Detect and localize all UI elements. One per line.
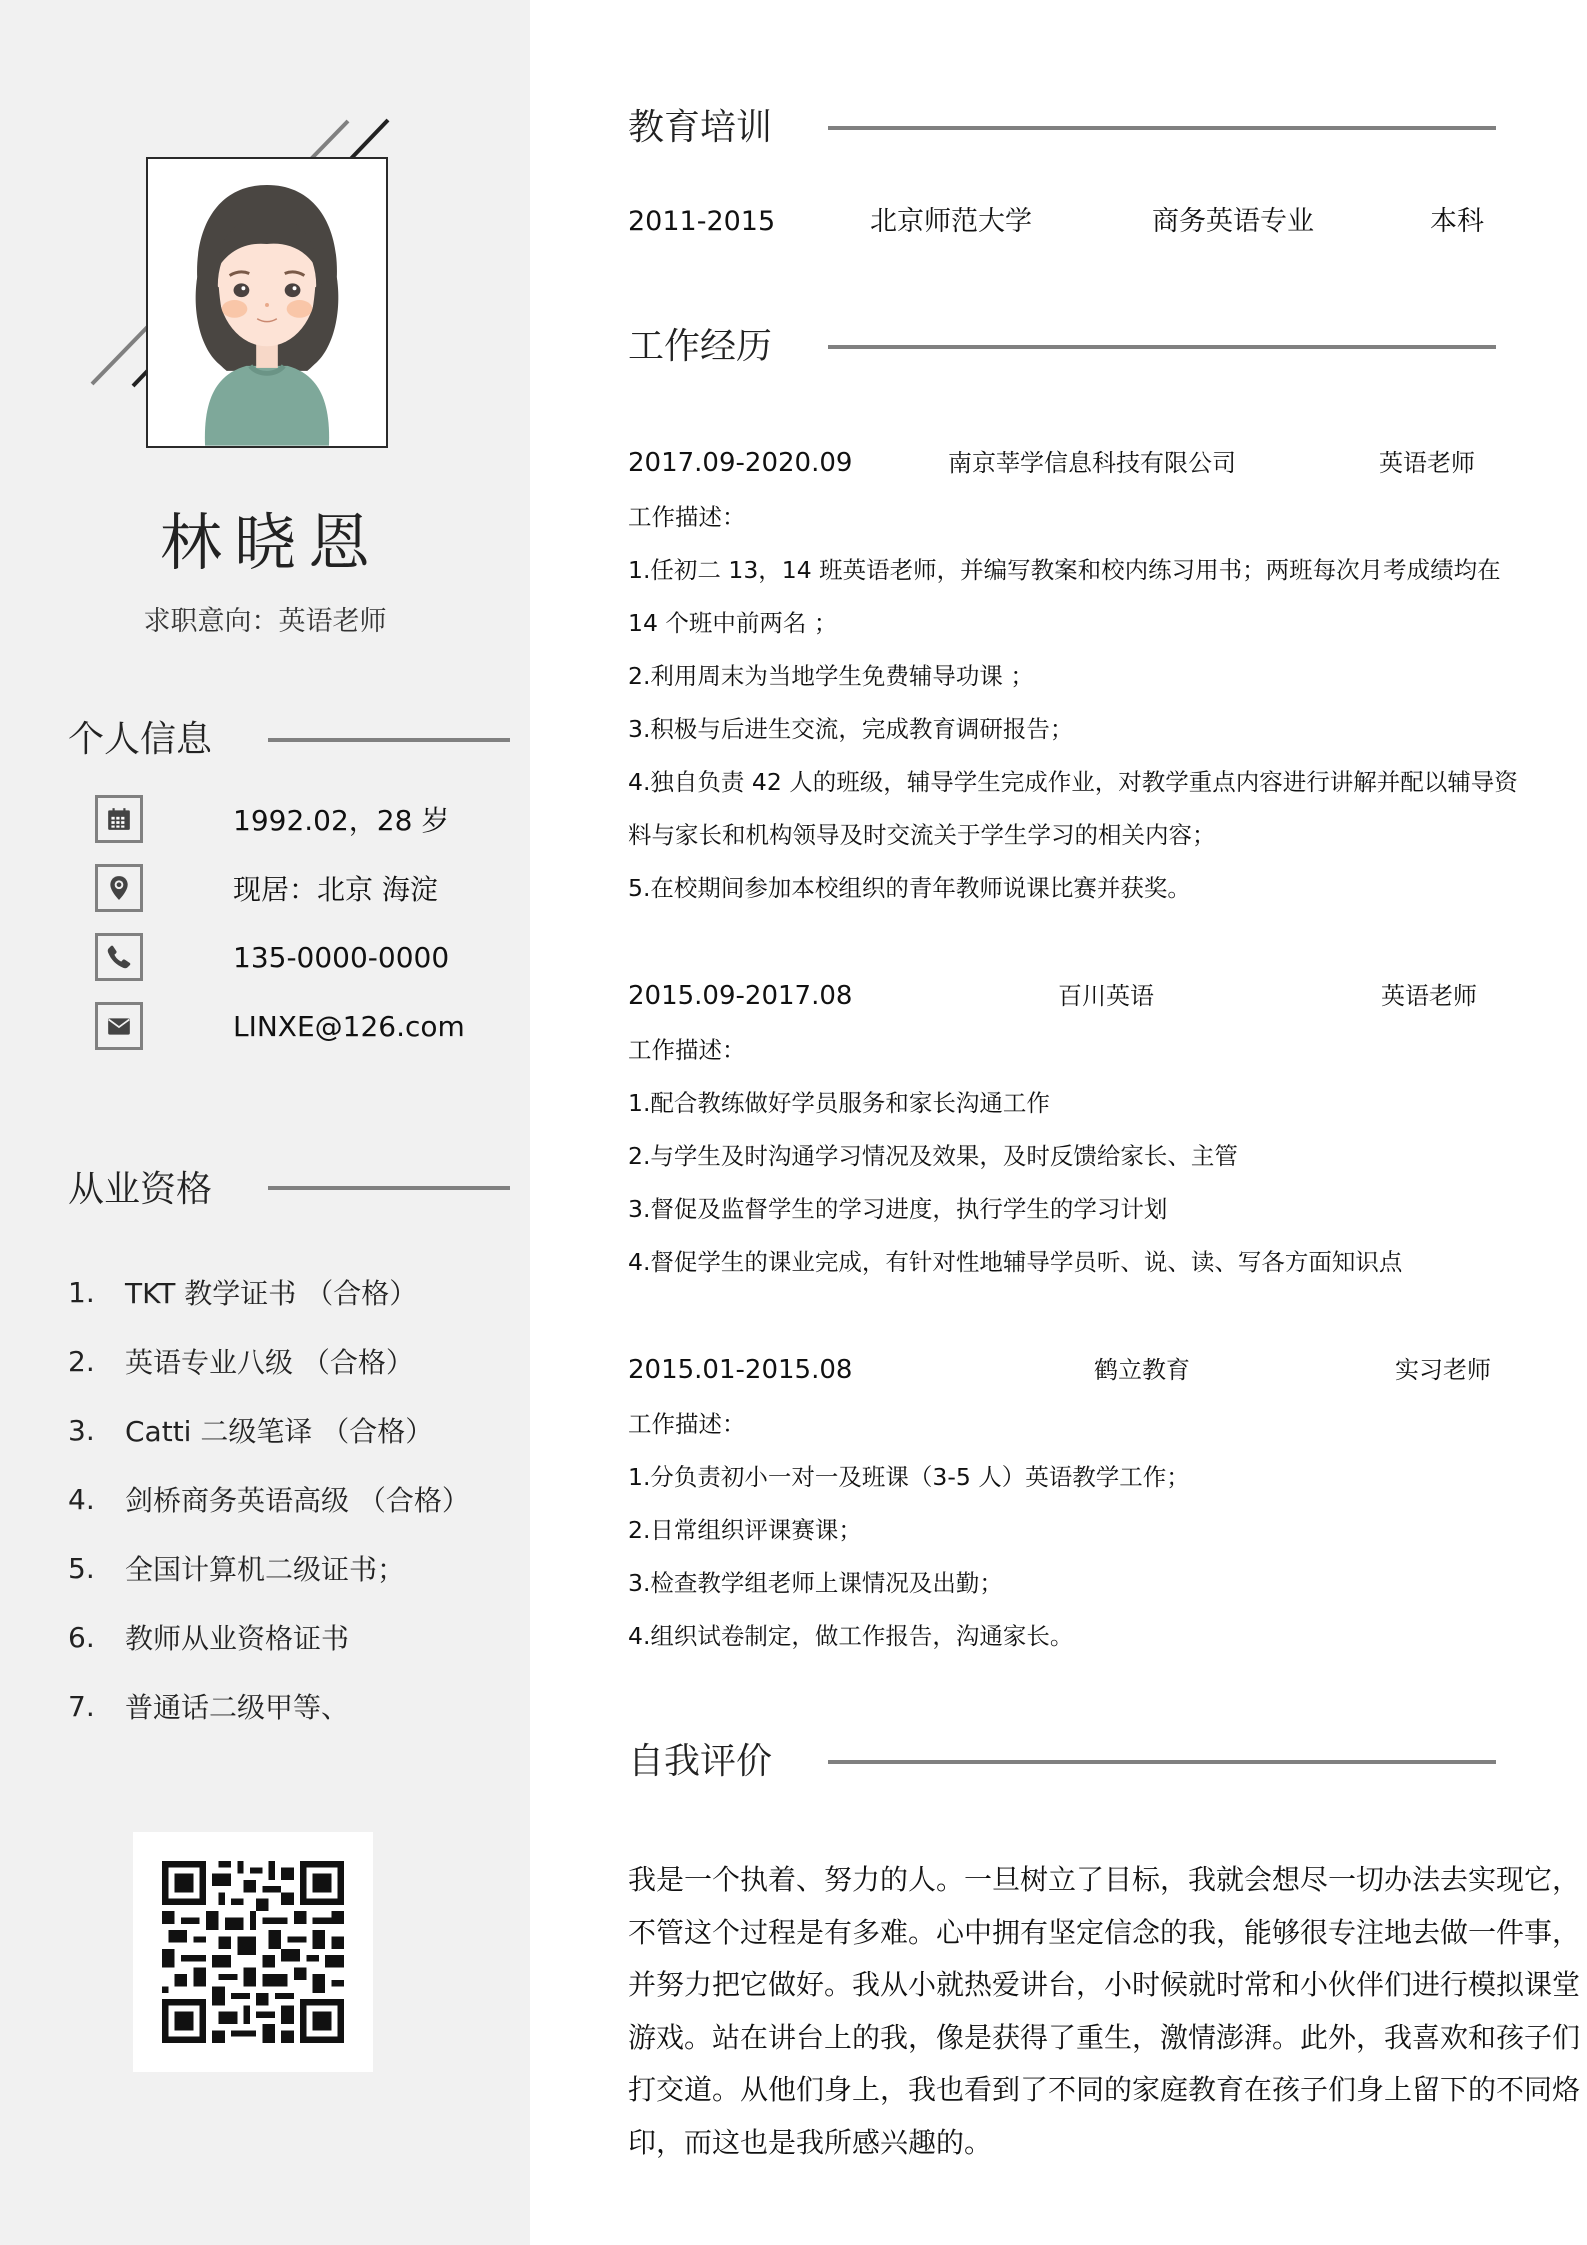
certification-item: 6.教师从业资格证书 [68, 1617, 349, 1657]
certification-item: 2.英语专业八级 （合格） [68, 1341, 414, 1381]
certification-text: 英语专业八级 （合格） [125, 1341, 414, 1381]
job-description-line: 1.分负责初小一对一及班课（3-5 人）英语教学工作； [628, 1451, 1528, 1504]
certification-text: 普通话二级甲等、 [125, 1686, 349, 1726]
job-description-line: 1.配合教练做好学员服务和家长沟通工作 [628, 1077, 1528, 1130]
job-description-line: 2.利用周末为当地学生免费辅导功课 ； [628, 650, 1528, 703]
job-description-line: 3.积极与后进生交流，完成教育调研报告； [628, 703, 1528, 756]
profile-photo [146, 157, 388, 448]
qr-code[interactable] [133, 1832, 373, 2072]
job-description-line: 1.任初二 13，14 班英语老师，并编写教案和校内练习用书；两班每次月考成绩均… [628, 544, 1528, 597]
self-evaluation-line: 我是一个执着、努力的人。一旦树立了目标，我就会想尽一切办法去实现它， [628, 1854, 1530, 1907]
job-description-line: 3.检查教学组老师上课情况及出勤； [628, 1557, 1528, 1610]
certification-text: Catti 二级笔译 （合格） [125, 1410, 433, 1450]
job-2-company: 百川英语 [1058, 978, 1154, 1014]
certification-number: 5. [68, 1552, 125, 1585]
envelope-icon [95, 1002, 143, 1050]
candidate-name: 林晓恩 [0, 500, 530, 586]
job-description-line: 2.日常组织评课赛课； [628, 1504, 1528, 1557]
certification-number: 3. [68, 1414, 125, 1447]
birthdate-age: 1992.02，28 岁 [233, 799, 449, 839]
qr-code-icon [162, 1861, 344, 2043]
self-evaluation-line: 不管这个过程是有多难。心中拥有坚定信念的我，能够很专注地去做一件事， [628, 1907, 1530, 1960]
job-1-period: 2017.09-2020.09 [628, 445, 852, 481]
job-description-line: 4.组织试卷制定，做工作报告，沟通家长。 [628, 1610, 1528, 1663]
certifications-heading: 从业资格 [68, 1165, 212, 1215]
job-description-label: 工作描述： [628, 1024, 1528, 1077]
avatar-illustration [148, 159, 386, 446]
certification-text: 全国计算机二级证书； [125, 1548, 405, 1588]
job-3-company: 鹤立教育 [1094, 1352, 1190, 1388]
email-address: LINXE@126.com [233, 1010, 465, 1043]
info-row-location: 现居：北京 海淀 [95, 864, 438, 912]
education-major: 商务英语专业 [1152, 202, 1314, 242]
self-evaluation-text: 我是一个执着、努力的人。一旦树立了目标，我就会想尽一切办法去实现它， 不管这个过… [628, 1854, 1530, 2169]
certification-text: 剑桥商务英语高级 （合格） [125, 1479, 470, 1519]
education-divider [828, 126, 1496, 130]
job-description-line: 4.督促学生的课业完成，有针对性地辅导学员听、说、读、写各方面知识点 [628, 1236, 1528, 1289]
personal-info-heading: 个人信息 [68, 715, 212, 765]
job-description-line: 料与家长和机构领导及时交流关于学生学习的相关内容； [628, 809, 1528, 862]
certification-number: 2. [68, 1345, 125, 1378]
job-description-label: 工作描述： [628, 491, 1528, 544]
education-period: 2011-2015 [628, 202, 775, 242]
certification-number: 6. [68, 1621, 125, 1654]
job-1-title: 英语老师 [1379, 445, 1475, 481]
job-description-line: 14 个班中前两名 ； [628, 597, 1528, 650]
job-description-line: 3.督促及监督学生的学习进度，执行学生的学习计划 [628, 1183, 1528, 1236]
work-heading: 工作经历 [628, 322, 772, 372]
info-row-birthdate: 1992.02，28 岁 [95, 795, 449, 843]
job-2-period: 2015.09-2017.08 [628, 978, 852, 1014]
certification-item: 7.普通话二级甲等、 [68, 1686, 349, 1726]
certifications-divider [268, 1186, 510, 1190]
certification-number: 4. [68, 1483, 125, 1516]
self-evaluation-line: 印，而这也是我所感兴趣的。 [628, 2117, 1530, 2170]
certification-item: 1.TKT 教学证书 （合格） [68, 1272, 417, 1312]
job-description-label: 工作描述： [628, 1398, 1528, 1451]
job-3-period: 2015.01-2015.08 [628, 1352, 852, 1388]
sidebar-panel: 林晓恩 求职意向：英语老师 个人信息 1992.02，28 岁 现居：北京 海淀… [0, 0, 530, 2245]
job-description-line: 4.独自负责 42 人的班级，辅导学生完成作业，对教学重点内容进行讲解并配以辅导… [628, 756, 1528, 809]
job-3-title: 实习老师 [1395, 1352, 1491, 1388]
certification-number: 7. [68, 1690, 125, 1723]
education-school: 北京师范大学 [870, 202, 1032, 242]
certification-number: 1. [68, 1276, 125, 1309]
certification-item: 3.Catti 二级笔译 （合格） [68, 1410, 433, 1450]
job-intention: 求职意向：英语老师 [0, 602, 530, 642]
job-2-title: 英语老师 [1381, 978, 1477, 1014]
job-description-line: 2.与学生及时沟通学习情况及效果，及时反馈给家长、主管 [628, 1130, 1528, 1183]
certification-text: TKT 教学证书 （合格） [125, 1272, 417, 1312]
info-row-email: LINXE@126.com [95, 1002, 465, 1050]
education-degree: 本科 [1430, 202, 1484, 242]
self-evaluation-line: 打交道。从他们身上，我也看到了不同的家庭教育在孩子们身上留下的不同烙 [628, 2064, 1530, 2117]
job-2-description: 工作描述： 1.配合教练做好学员服务和家长沟通工作 2.与学生及时沟通学习情况及… [628, 1024, 1528, 1289]
info-row-phone: 135-0000-0000 [95, 933, 449, 981]
education-heading: 教育培训 [628, 103, 772, 153]
self-evaluation-line: 游戏。站在讲台上的我，像是获得了重生，激情澎湃。此外，我喜欢和孩子们 [628, 2012, 1530, 2065]
personal-info-divider [268, 738, 510, 742]
work-divider [828, 345, 1496, 349]
certification-text: 教师从业资格证书 [125, 1617, 349, 1657]
certification-item: 5.全国计算机二级证书； [68, 1548, 405, 1588]
current-residence: 现居：北京 海淀 [233, 868, 438, 908]
self-evaluation-heading: 自我评价 [628, 1737, 772, 1787]
location-pin-icon [95, 864, 143, 912]
certification-item: 4.剑桥商务英语高级 （合格） [68, 1479, 470, 1519]
self-evaluation-line: 并努力把它做好。我从小就热爱讲台，小时候就时常和小伙伴们进行模拟课堂 [628, 1959, 1530, 2012]
job-description-line: 5.在校期间参加本校组织的青年教师说课比赛并获奖。 [628, 862, 1528, 915]
job-1-company: 南京莘学信息科技有限公司 [948, 445, 1236, 481]
job-3-description: 工作描述： 1.分负责初小一对一及班课（3-5 人）英语教学工作； 2.日常组织… [628, 1398, 1528, 1663]
job-1-description: 工作描述： 1.任初二 13，14 班英语老师，并编写教案和校内练习用书；两班每… [628, 491, 1528, 915]
phone-icon [95, 933, 143, 981]
self-evaluation-divider [828, 1760, 1496, 1764]
calendar-icon [95, 795, 143, 843]
phone-number: 135-0000-0000 [233, 941, 449, 974]
